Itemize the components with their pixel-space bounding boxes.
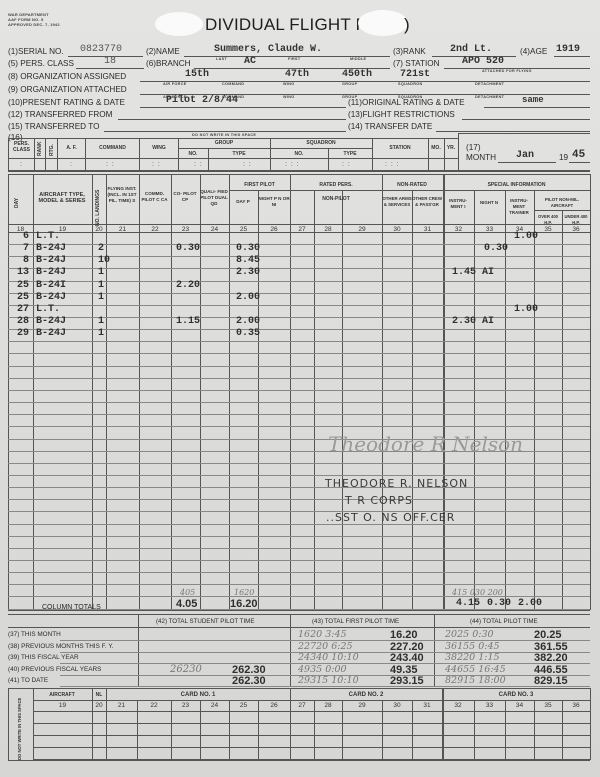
- log-cell-aircraft: B-24I: [36, 280, 66, 291]
- grid-vline: [290, 174, 291, 610]
- card-column-number: 26: [264, 702, 284, 709]
- column-number: 22: [145, 226, 165, 233]
- column-number: 31: [418, 226, 438, 233]
- column-number: 21: [113, 226, 133, 233]
- card-rule: [33, 747, 590, 748]
- org-group: 450th: [342, 69, 372, 80]
- hdr-over400: OVER 400 H.P.: [534, 214, 562, 226]
- log-cell-landings: 1: [98, 316, 104, 327]
- card-column-number: 29: [352, 702, 372, 709]
- card-column-number: 36: [566, 702, 586, 709]
- cards-nl: NL: [92, 692, 106, 698]
- log-cell-day: 7: [8, 243, 29, 254]
- night-total: 0.30: [487, 598, 511, 609]
- hdr-non-pilot: NON-PILOT: [290, 196, 382, 202]
- code-dots: : :: [342, 161, 350, 168]
- card-column-number: 35: [538, 702, 558, 709]
- stamp-line-1: THEODORE R. NELSON: [325, 477, 468, 490]
- card-column-number: 27: [292, 702, 312, 709]
- grid-row-line: [8, 293, 590, 294]
- month-value: Jan: [516, 150, 534, 161]
- grid-row-line: [8, 378, 590, 379]
- rule: [458, 133, 459, 171]
- firstday-total: 16.20: [230, 598, 258, 610]
- grid-vline: [562, 210, 563, 610]
- do-not-write-label: DO NOT WRITE IN THIS SPACE: [192, 133, 256, 137]
- first-pilot-hand: 1620 3:45: [298, 629, 347, 640]
- hdr-special-info: SPECIAL INFORMATION: [443, 182, 590, 188]
- hdr-mo: MO.: [428, 145, 444, 151]
- org-sub-wing: WING: [283, 82, 295, 86]
- first-pilot-hand: 29315 10:10: [298, 675, 359, 686]
- card-vline: [562, 700, 563, 760]
- log-cell-landings: 1: [98, 292, 104, 303]
- code-dots: : : :: [285, 161, 299, 168]
- age-value: 1919: [556, 44, 580, 55]
- rule: [8, 158, 458, 159]
- org-att-sub-wing: WING: [283, 95, 295, 99]
- student-value: 262.30: [232, 664, 266, 676]
- first-pilot-value: 227.20: [390, 641, 424, 653]
- log-cell-instrument: 1.45 AI: [452, 267, 494, 278]
- hdr-first-pilot: FIRST PILOT: [229, 182, 290, 188]
- log-cell-day: 6: [8, 231, 29, 242]
- grid-row-line: [8, 560, 590, 561]
- rule: [444, 138, 445, 171]
- copilot-total-hand: 405: [180, 588, 195, 597]
- hdr-under400: UNDER 400 H.P.: [562, 214, 590, 226]
- summary-row-label: (37) THIS MONTH: [8, 631, 61, 638]
- log-cell-day: 27: [8, 304, 29, 315]
- age-label: (4)AGE: [520, 47, 547, 56]
- log-cell-co-pilot: 2.20: [176, 280, 200, 291]
- rule: [8, 170, 590, 172]
- card-vline: [200, 700, 201, 760]
- grid-vline: [229, 174, 230, 610]
- card-vline: [258, 700, 259, 760]
- rule: [178, 148, 372, 149]
- code-dots: :: [70, 161, 72, 168]
- org-sub-air-force: AIR FORCE: [163, 82, 187, 86]
- org-sub-squadron: SQUADRON: [398, 82, 423, 86]
- hdr-squadron: SQUADRON: [270, 140, 372, 146]
- copilot-total: 4.05: [176, 598, 197, 610]
- hdr-non-rated: NON-RATED: [382, 182, 442, 188]
- transferred-to-label: (15) TRANSFERRED TO: [8, 122, 99, 131]
- log-cell-aircraft: B-24J: [36, 255, 66, 266]
- hdr-station: STATION: [372, 145, 428, 151]
- hdr-command: COMMAND: [86, 145, 139, 151]
- cards-side-note: DO NOT WRITE IN THIS SPACE: [17, 698, 22, 760]
- grid-row-line: [8, 487, 590, 488]
- branch-value: AC: [244, 56, 256, 67]
- grid-row-line: [8, 548, 590, 549]
- transfer-date-line: [436, 131, 590, 132]
- card-vline: [106, 688, 107, 760]
- grid-vline: [314, 190, 315, 610]
- column-number: 28: [318, 226, 338, 233]
- grid-row-line: [8, 511, 590, 512]
- grid-vline: [590, 174, 591, 610]
- rule: [57, 138, 58, 171]
- log-cell-aircraft: B-24J: [36, 316, 66, 327]
- org-wing: 47th: [285, 69, 309, 80]
- flight-restrictions-label: (13)FLIGHT RESTRICTIONS: [348, 110, 455, 119]
- summary-row-label: (40) PREVIOUS FISCAL YEARS: [8, 666, 101, 673]
- card-vline: [8, 688, 9, 760]
- grid-vline: [342, 190, 343, 610]
- grid-vline: [33, 174, 34, 610]
- grid-hline: [229, 190, 590, 191]
- log-cell-night: 0.30: [484, 243, 508, 254]
- rank-label: (3)RANK: [393, 47, 426, 56]
- card-vline: [290, 688, 291, 760]
- rule: [139, 138, 140, 171]
- log-cell-first-day: 2.00: [236, 292, 260, 303]
- column-number: 27: [292, 226, 312, 233]
- rule: [428, 138, 429, 171]
- hdr-flying-inst: FLYING INST. (INCL. IN 1ST PIL. TIME) S: [106, 186, 138, 204]
- code-dots: : :: [106, 161, 114, 168]
- month-line: [498, 162, 556, 163]
- form-title-tail: ): [404, 15, 410, 35]
- log-cell-landings: 2: [98, 243, 104, 254]
- hdr-night: NIGHT N: [474, 200, 504, 206]
- log-cell-day: 13: [8, 267, 29, 278]
- age-line: [554, 56, 590, 57]
- column-number: 36: [566, 226, 586, 233]
- summary-row-label: (38) PREVIOUS MONTHS THIS F. Y.: [8, 643, 113, 650]
- card-vline: [137, 700, 138, 760]
- org-sub-detachment: DETACHMENT: [475, 82, 504, 86]
- cards-aircraft: AIRCRAFT: [33, 692, 91, 698]
- log-cell-day: 29: [8, 328, 29, 339]
- card-vline: [342, 700, 343, 760]
- card-1-label: CARD NO. 1: [106, 692, 290, 698]
- hdr-instr-trainer: INSTRU- MENT TRAINER: [505, 198, 533, 216]
- first-pilot-hand: 22720 6:25: [298, 641, 353, 652]
- log-cell-day: 28: [8, 316, 29, 327]
- grid-row-line: [8, 305, 590, 306]
- org-sub-group: GROUP: [342, 82, 357, 86]
- grid-hline: [8, 614, 590, 615]
- stamp-line-2: T R CORPS: [345, 494, 413, 507]
- grid-row-line: [8, 584, 590, 585]
- hdr-squadron-type: TYPE: [328, 151, 372, 157]
- hdr-other-crew: OTHER CREW & PASS'GR: [412, 196, 442, 208]
- column-number: 25: [234, 226, 254, 233]
- log-cell-day: 25: [8, 292, 29, 303]
- grid-row-line: [8, 402, 590, 403]
- card-vline: [314, 700, 315, 760]
- hdr-group-type: TYPE: [208, 151, 270, 157]
- flight-restrictions-line: [462, 119, 590, 120]
- grid-row-line: [8, 317, 590, 318]
- rule: [372, 138, 373, 171]
- card-vline: [474, 700, 475, 760]
- card-rule: [8, 760, 590, 761]
- summary-row-line: [60, 686, 590, 687]
- column-number: 23: [176, 226, 196, 233]
- total-pilot-hand: 38220 1:15: [445, 652, 500, 663]
- name-sub-first: FIRST: [288, 57, 300, 61]
- pers-class-label: (5) PERS. CLASS: [8, 59, 74, 68]
- student-header: (42) TOTAL STUDENT PILOT TIME: [156, 618, 254, 625]
- rule: [34, 138, 35, 171]
- grid-vline: [171, 174, 172, 610]
- org-assigned-label: (8) ORGANIZATION ASSIGNED: [8, 72, 126, 81]
- log-cell-landings: 1: [98, 328, 104, 339]
- card-vline: [171, 700, 172, 760]
- code-dots: :: [20, 161, 22, 168]
- grid-row-line: [8, 536, 590, 537]
- grid-vline: [534, 190, 535, 610]
- card-rule: [8, 688, 590, 689]
- grid-vline: [382, 174, 383, 610]
- name-label: (2)NAME: [146, 47, 180, 56]
- serial-label: (1)SERIAL NO.: [8, 47, 64, 56]
- grid-row-line: [8, 281, 590, 282]
- grid-row-line: [8, 268, 590, 269]
- trainer-total: 2.00: [518, 598, 542, 609]
- log-cell-landings: 1: [98, 280, 104, 291]
- hdr-qualified: QUALI- FIED PILOT DUAL QD: [200, 189, 228, 207]
- month-label: MONTH: [466, 153, 496, 162]
- first-pilot-hand: 4935 0:00: [298, 664, 347, 675]
- student-hand: 26230: [170, 664, 202, 675]
- log-cell-first-day: 2.30: [236, 267, 260, 278]
- rule: [85, 138, 86, 171]
- rule: [8, 138, 458, 139]
- month-label-num: (17): [466, 143, 481, 152]
- hdr-pilot-nonmil: PILOT NON-MIL. AIRCRAFT: [534, 197, 590, 209]
- log-cell-day: 25: [8, 280, 29, 291]
- station-value: APO 520: [462, 56, 504, 67]
- card-vline: [412, 700, 413, 760]
- code-dots: : :: [243, 161, 251, 168]
- card-column-number: 21: [112, 702, 132, 709]
- card-vline: [590, 700, 591, 760]
- grid-row-line: [8, 499, 590, 500]
- log-cell-aircraft: B-24J: [36, 267, 66, 278]
- hdr-rtg: RTG.: [49, 144, 55, 156]
- student-value: 262.30: [232, 675, 266, 687]
- log-cell-aircraft: L.T.: [36, 304, 60, 315]
- serial-value: 0823770: [80, 44, 122, 55]
- column-number: 24: [205, 226, 225, 233]
- card-column-number: 25: [234, 702, 254, 709]
- certifying-signature: Theodore R Nelson: [328, 432, 523, 456]
- grid-row-line: [8, 524, 590, 525]
- log-cell-aircraft: B-24J: [36, 292, 66, 303]
- card-column-number: 32: [448, 702, 468, 709]
- pers-class-value: 18: [104, 56, 116, 67]
- card-vline: [33, 688, 34, 760]
- hdr-group: GROUP: [178, 140, 270, 146]
- card-column-number: 28: [318, 702, 338, 709]
- card-column-number: 34: [510, 702, 530, 709]
- log-cell-trainer: 1.00: [514, 304, 538, 315]
- column-number: 30: [387, 226, 407, 233]
- grid-vline: [139, 174, 140, 610]
- year-prefix: 19: [559, 153, 568, 162]
- total-pilot-hand: 82915 18:00: [445, 675, 506, 686]
- grid-vline: [412, 190, 413, 610]
- log-cell-aircraft: B-24J: [36, 328, 66, 339]
- grid-row-line: [8, 475, 590, 476]
- form-title: DIVIDUAL FLIGHT R: [205, 15, 368, 35]
- stamp-line-3: ..SST O. NS OFF.CER: [326, 511, 455, 524]
- hdr-other-arms: OTHER ARMS & SERVICES: [382, 196, 412, 208]
- log-cell-first-day: 0.30: [236, 243, 260, 254]
- card-column-number: 20: [89, 702, 109, 709]
- grid-row-line: [8, 329, 590, 330]
- present-rating-value: Pilot 2/8/44: [166, 95, 238, 106]
- log-cell-aircraft: L.T.: [36, 231, 60, 242]
- station-label: (7) STATION: [393, 59, 440, 68]
- card-vline: [382, 700, 383, 760]
- grid-vline: [106, 174, 107, 610]
- pers-class-line: [76, 68, 144, 69]
- org-att-sub-detachment: DETACHMENT: [475, 95, 504, 99]
- log-cell-instrument: 2.30 AI: [452, 316, 494, 327]
- present-rating-label: (10)PRESENT RATING & DATE: [8, 98, 125, 107]
- instrument-total: 4.15: [456, 598, 480, 609]
- rank-value: 2nd Lt.: [450, 44, 492, 55]
- transferred-from-label: (12) TRANSFERRED FROM: [8, 110, 112, 119]
- grid-row-line: [8, 390, 590, 391]
- transferred-from-line: [118, 119, 346, 120]
- first-pilot-hand: 24340 10:10: [298, 652, 359, 663]
- column-number: 20: [89, 226, 109, 233]
- first-pilot-header: (43) TOTAL FIRST PILOT TIME: [312, 618, 399, 625]
- card-column-number: 24: [205, 702, 225, 709]
- card-vline: [534, 700, 535, 760]
- transferred-to-line: [104, 131, 346, 132]
- grid-row-line: [8, 366, 590, 367]
- hdr-squadron-no: NO.: [270, 151, 328, 157]
- code-dots: : :: [194, 161, 202, 168]
- log-cell-day: 8: [8, 255, 29, 266]
- card-column-number: 33: [480, 702, 500, 709]
- card-3-label: CARD NO. 3: [442, 692, 590, 698]
- log-cell-co-pilot: 1.15: [176, 316, 200, 327]
- column-number: 29: [352, 226, 372, 233]
- hdr-af: A. F.: [58, 145, 85, 151]
- grid-vline: [200, 174, 201, 610]
- flight-record-form: WAR DEPARTMENT AAF FORM NO. 5 APPROVED D…: [0, 0, 600, 777]
- hdr-wing: WING: [140, 145, 178, 151]
- column-number: 32: [449, 226, 469, 233]
- log-cell-trainer: 1.00: [514, 231, 538, 242]
- log-cell-first-day: 8.45: [236, 255, 260, 266]
- hdr-landings: NO. LANDINGS: [95, 190, 101, 226]
- total-pilot-hand: 44655 16:45: [445, 664, 506, 675]
- firstday-total-hand: 1620: [234, 588, 254, 597]
- code-dots: : :: [152, 161, 160, 168]
- hdr-yr: YR.: [444, 145, 458, 151]
- hdr-rated-pers: RATED PERS.: [290, 182, 382, 188]
- approval-date: APPROVED DEC. 7, 1942: [8, 22, 60, 27]
- grid-hline: [8, 174, 590, 175]
- hdr-commd-pilot: COMMD. PILOT C CA: [139, 191, 170, 203]
- column-number: 26: [264, 226, 284, 233]
- grid-hline: [534, 210, 590, 211]
- rule: [458, 133, 590, 134]
- grid-vline: [474, 190, 475, 610]
- attached-note: ATTACHED FOR FLYING: [482, 69, 532, 73]
- hdr-group-no: NO.: [178, 151, 208, 157]
- total-pilot-value: 829.15: [534, 675, 568, 687]
- summary-row-label: (41) TO DATE: [8, 677, 48, 684]
- year-value: 45: [572, 149, 585, 161]
- card-rule: [33, 735, 590, 736]
- grid-vline: [92, 174, 93, 610]
- name-value: Summers, Claude W.: [214, 44, 322, 55]
- special-totals-hand: 415 030 200: [452, 588, 503, 597]
- log-cell-first-day: 2.00: [236, 316, 260, 327]
- damage-blot: [358, 10, 408, 36]
- first-pilot-value: 243.40: [390, 652, 424, 664]
- hdr-pers-class: PERS. CLASS: [9, 141, 34, 153]
- original-rating-line: [484, 107, 590, 108]
- card-rule: [33, 711, 590, 712]
- first-pilot-value: 293.15: [390, 675, 424, 687]
- grid-row-line: [8, 353, 590, 354]
- card-vline: [92, 688, 93, 760]
- damage-blot: [155, 12, 203, 36]
- total-pilot-value: 382.20: [534, 652, 568, 664]
- total-pilot-value: 446.55: [534, 664, 568, 676]
- column-number: 33: [480, 226, 500, 233]
- first-pilot-value: 16.20: [390, 629, 418, 641]
- total-pilot-value: 20.25: [534, 629, 562, 641]
- grid-row-line: [8, 572, 590, 573]
- org-assigned-line: [140, 81, 590, 82]
- grid-row-line: [8, 414, 590, 415]
- column-totals-label: COLUMN TOTALS: [42, 604, 101, 611]
- transfer-date-label: (14) TRANSFER DATE: [348, 122, 432, 131]
- original-rating-label: (11)ORIGINAL RATING & DATE: [348, 98, 465, 107]
- grid-row-line: [8, 463, 590, 464]
- name-sub-last: LAST: [216, 57, 227, 61]
- log-cell-landings: 10: [98, 255, 110, 266]
- hdr-rank: RANK: [37, 142, 43, 156]
- card-column-number: 30: [387, 702, 407, 709]
- grid-row-line: [8, 256, 590, 257]
- card-rule: [33, 700, 590, 701]
- log-cell-co-pilot: 0.30: [176, 243, 200, 254]
- card-column-number: 31: [417, 702, 437, 709]
- hdr-first-night: NIGHT P N OR NI: [258, 196, 290, 208]
- total-pilot-hand: 36155 0:45: [445, 641, 500, 652]
- card-rule: [33, 723, 590, 724]
- summary-row-label: (39) THIS FISCAL YEAR: [8, 654, 79, 661]
- grid-vline: [443, 174, 445, 610]
- log-cell-aircraft: B-24J: [36, 243, 66, 254]
- total-pilot-header: (44) TOTAL PILOT TIME: [470, 618, 538, 625]
- name-sub-middle: MIDDLE: [350, 57, 366, 61]
- log-cell-first-day: 0.35: [236, 328, 260, 339]
- card-column-number: 22: [144, 702, 164, 709]
- card-vline: [229, 700, 230, 760]
- hdr-instrument: INSTRU- MENT I: [443, 198, 473, 210]
- hdr-first-day: DAY P: [229, 199, 257, 205]
- present-rating-line: [140, 107, 346, 108]
- card-column-number: 19: [53, 702, 73, 709]
- org-attached-label: (9) ORGANIZATION ATTACHED: [8, 85, 127, 94]
- card-vline: [442, 688, 444, 760]
